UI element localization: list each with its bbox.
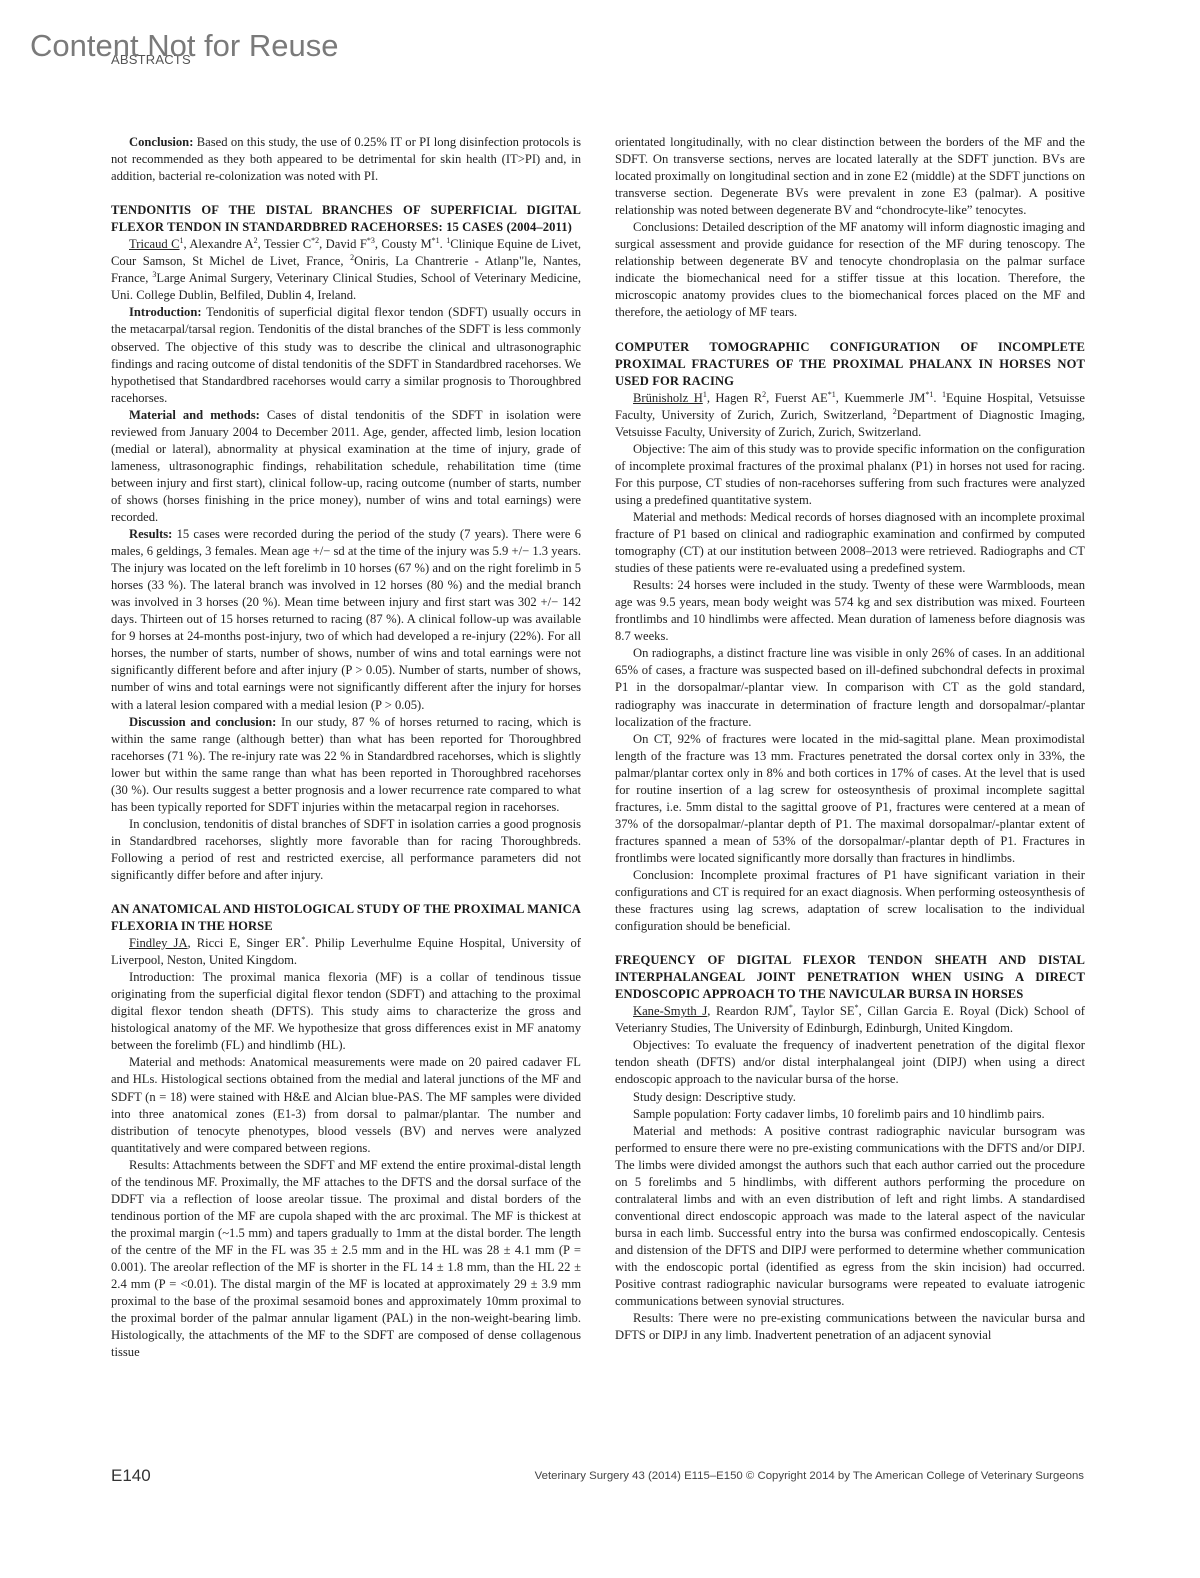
presenting-author: Tricaud C <box>129 237 180 251</box>
abstract-title: COMPUTER TOMOGRAPHIC CONFIGURATION OF IN… <box>615 339 1085 390</box>
abstract-title: TENDONITIS OF THE DISTAL BRANCHES OF SUP… <box>111 202 581 236</box>
introduction-paragraph: Introduction: The proximal manica flexor… <box>111 969 581 1054</box>
objective-paragraph: Objective: The aim of this study was to … <box>615 441 1085 509</box>
results-paragraph: Results: Attachments between the SDFT an… <box>111 1157 581 1362</box>
sample-population-paragraph: Sample population: Forty cadaver limbs, … <box>615 1106 1085 1123</box>
objectives-paragraph: Objectives: To evaluate the frequency of… <box>615 1037 1085 1088</box>
radiographs-paragraph: On radiographs, a distinct fracture line… <box>615 645 1085 730</box>
author-line: Tricaud C1, Alexandre A2, Tessier C*2, D… <box>111 236 581 304</box>
conclusion-paragraph: Conclusion: Incomplete proximal fracture… <box>615 867 1085 935</box>
watermark: Content Not for Reuse <box>30 28 338 64</box>
journal-citation: Veterinary Surgery 43 (2014) E115–E150 ©… <box>535 1470 1084 1482</box>
author-line: Brünisholz H1, Hagen R2, Fuerst AE*1, Ku… <box>615 390 1085 441</box>
methods-paragraph: Material and methods: Cases of distal te… <box>111 407 581 526</box>
results-paragraph: Results: There were no pre-existing comm… <box>615 1310 1085 1344</box>
author-line: Findley JA, Ricci E, Singer ER*. Philip … <box>111 935 581 969</box>
introduction-paragraph: Introduction: Tendonitis of superficial … <box>111 304 581 406</box>
right-column: orientated longitudinally, with no clear… <box>615 134 1085 1344</box>
conclusion-paragraph: In conclusion, tendonitis of distal bran… <box>111 816 581 884</box>
results-paragraph: Results: 24 horses were included in the … <box>615 577 1085 645</box>
section-lead: Conclusion: <box>129 135 193 149</box>
ct-paragraph: On CT, 92% of fractures were located in … <box>615 731 1085 867</box>
carryover-conclusion: Conclusion: Based on this study, the use… <box>111 134 581 185</box>
left-column: Conclusion: Based on this study, the use… <box>111 134 581 1361</box>
results-paragraph: Results: 15 cases were recorded during t… <box>111 526 581 714</box>
conclusions-paragraph: Conclusions: Detailed description of the… <box>615 219 1085 321</box>
presenting-author: Kane-Smyth J <box>633 1004 707 1018</box>
discussion-paragraph: Discussion and conclusion: In our study,… <box>111 714 581 816</box>
study-design-paragraph: Study design: Descriptive study. <box>615 1089 1085 1106</box>
methods-paragraph: Material and methods: A positive contras… <box>615 1123 1085 1311</box>
methods-paragraph: Material and methods: Anatomical measure… <box>111 1054 581 1156</box>
methods-paragraph: Material and methods: Medical records of… <box>615 509 1085 577</box>
results-continued-paragraph: orientated longitudinally, with no clear… <box>615 134 1085 219</box>
presenting-author: Findley JA <box>129 936 188 950</box>
page-number: E140 <box>111 1466 151 1486</box>
author-line: Kane-Smyth J, Reardon RJM*, Taylor SE*, … <box>615 1003 1085 1037</box>
abstract-title: FREQUENCY OF DIGITAL FLEXOR TENDON SHEAT… <box>615 952 1085 1003</box>
presenting-author: Brünisholz H <box>633 391 703 405</box>
abstract-title: AN ANATOMICAL AND HISTOLOGICAL STUDY OF … <box>111 901 581 935</box>
